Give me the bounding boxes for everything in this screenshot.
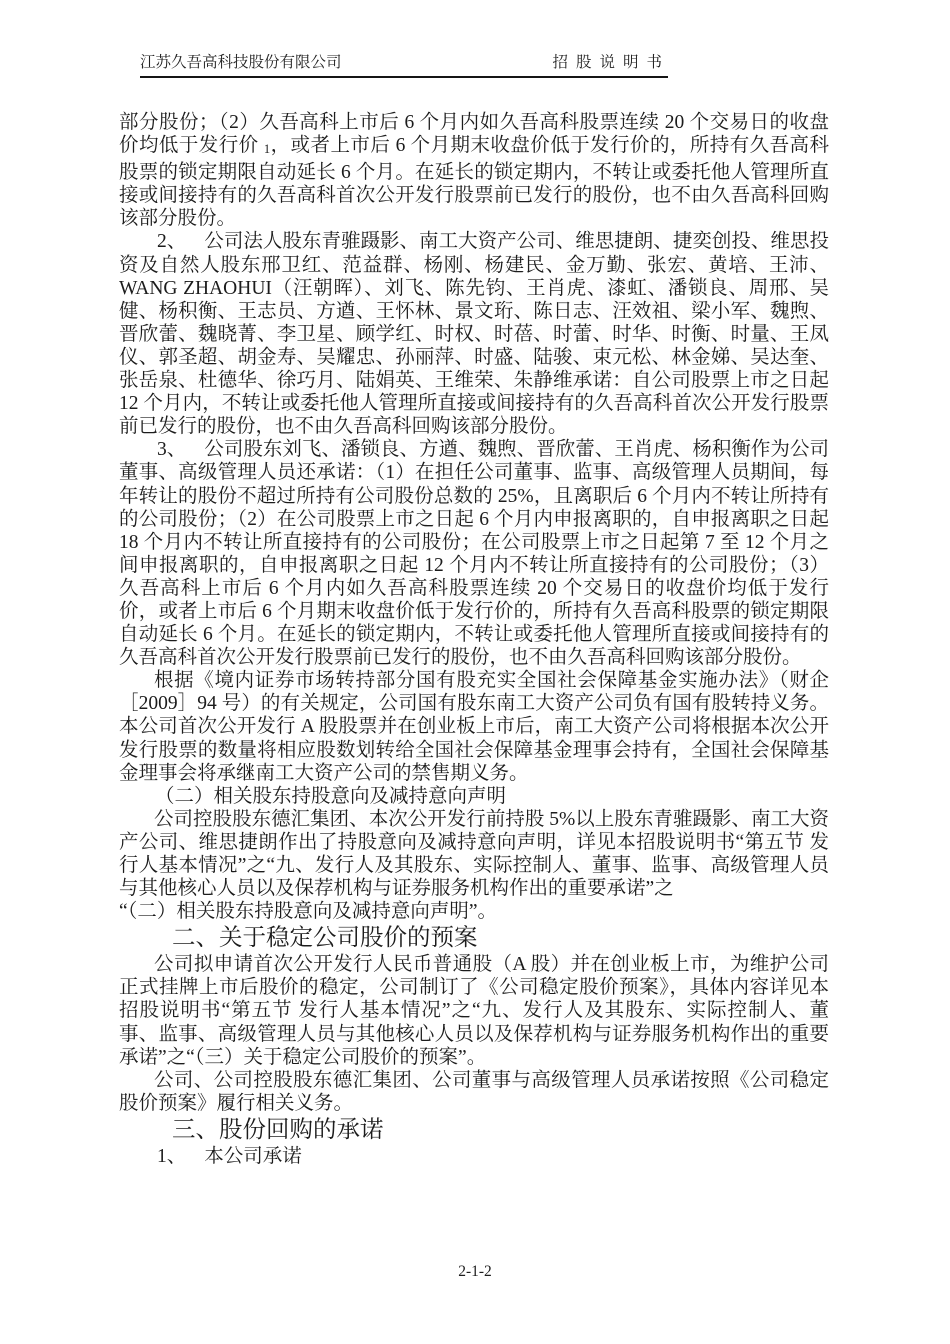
paragraph: 公司、公司控股股东德汇集团、公司董事与高级管理人员承诺按照《公司稳定股价预案》履… — [119, 1069, 829, 1115]
page-number: 2-1-2 — [458, 1263, 492, 1280]
paragraph: 3、公司股东刘飞、潘锁良、方遒、魏煦、晋欣蕾、王肖虎、杨积衡作为公司董事、高级管… — [119, 438, 829, 669]
paragraph: 公司拟申请首次公开发行人民币普通股（A 股）并在创业板上市，为维护公司正式挂牌上… — [119, 953, 829, 1068]
paragraph: 1、本公司承诺 — [119, 1145, 829, 1168]
document-page: 江苏久吾高科技股份有限公司 招股说明书 部分股份；（2）久吾高科上市后 6 个月… — [0, 0, 950, 1344]
document-body: 部分股份；（2）久吾高科上市后 6 个月内如久吾高科股票连续 20 个交易日的收… — [119, 111, 829, 1168]
section-heading: 二、关于稳定公司股价的预案 — [119, 924, 829, 952]
paragraph: “（二）相关股东持股意向及减持意向声明”。 — [119, 900, 829, 923]
sub-section-heading: （二）相关股东持股意向及减持意向声明 — [119, 785, 829, 808]
paragraph: 部分股份；（2）久吾高科上市后 6 个月内如久吾高科股票连续 20 个交易日的收… — [119, 111, 829, 230]
doc-type-label: 招股说明书 — [552, 53, 670, 72]
page-header: 江苏久吾高科技股份有限公司 招股说明书 — [140, 53, 668, 78]
company-name: 江苏久吾高科技股份有限公司 — [140, 53, 342, 72]
list-number: 2、 — [157, 231, 186, 252]
list-number: 1、 — [157, 1146, 186, 1167]
section-heading: 三、股份回购的承诺 — [119, 1116, 829, 1144]
paragraph: 根据《境内证券市场转持部分国有股充实全国社会保障基金实施办法》（财企［2009］… — [119, 669, 829, 784]
list-number: 3、 — [157, 439, 186, 460]
paragraph: 公司控股股东德汇集团、本次公开发行前持股 5%以上股东青骓蹑影、南工大资产公司、… — [119, 808, 829, 900]
page-footer: 2-1-2 — [0, 1263, 950, 1281]
paragraph: 2、公司法人股东青骓蹑影、南工大资产公司、维思捷朗、捷奕创投、维思投资及自然人股… — [119, 230, 829, 438]
